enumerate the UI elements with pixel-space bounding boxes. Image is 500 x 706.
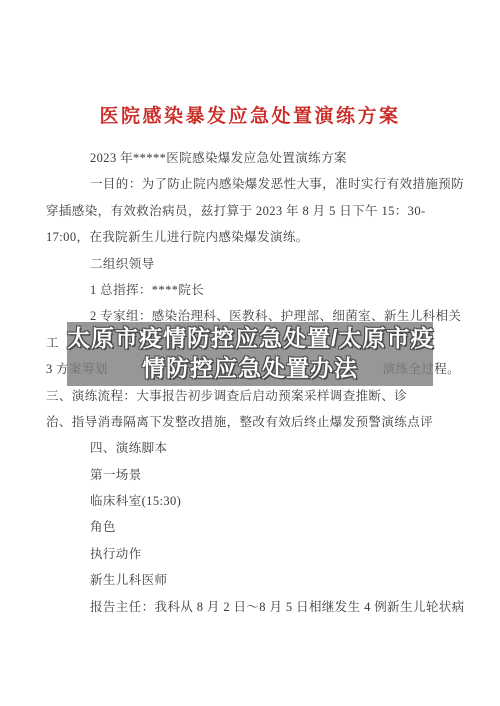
doc-line: 新生儿科医师 bbox=[46, 567, 460, 593]
doc-line: 第一场景 bbox=[46, 462, 460, 488]
doc-line: 角色 bbox=[46, 514, 460, 540]
doc-line: 临床科室(15:30) bbox=[46, 488, 460, 514]
doc-line: 2023 年*****医院感染爆发应急处置演练方案 bbox=[46, 145, 460, 171]
doc-line: 一目的：为了防止院内感染爆发恶性大事，准时实行有效措施预防 bbox=[46, 171, 460, 197]
doc-line: 报告主任：我科从 8 月 2 日～8 月 5 日相继发生 4 例新生儿轮状病 bbox=[46, 594, 460, 620]
doc-line: 1 总指挥：****院长 bbox=[46, 277, 460, 303]
watermark-line-2: 情防控应急处置办法 bbox=[67, 353, 433, 383]
document-page: 医院感染暴发应急处置演练方案 2023 年*****医院感染爆发应急处置演练方案… bbox=[0, 0, 500, 706]
watermark-overlay: 太原市疫情防控应急处置/太原市疫 情防控应急处置办法 bbox=[67, 322, 433, 386]
doc-line: 三、演练流程：大事报告初步调查后启动预案采样调查推断、诊 bbox=[46, 383, 460, 409]
doc-line: 治、指导消毒隔离下发整改措施，整改有效后终止爆发预警演练点评 bbox=[46, 409, 460, 435]
watermark-line-1: 太原市疫情防控应急处置/太原市疫 bbox=[67, 323, 433, 353]
doc-line: 二组织领导 bbox=[46, 251, 460, 277]
page-title: 医院感染暴发应急处置演练方案 bbox=[0, 101, 500, 128]
doc-line: 四、演练脚本 bbox=[46, 435, 460, 461]
doc-line: 穿插感染，有效救治病员，兹打算于 2023 年 8 月 5 日下午 15：30- bbox=[46, 198, 460, 224]
doc-line: 17:00，在我院新生儿进行院内感染爆发演练。 bbox=[46, 224, 460, 250]
doc-line: 执行动作 bbox=[46, 541, 460, 567]
